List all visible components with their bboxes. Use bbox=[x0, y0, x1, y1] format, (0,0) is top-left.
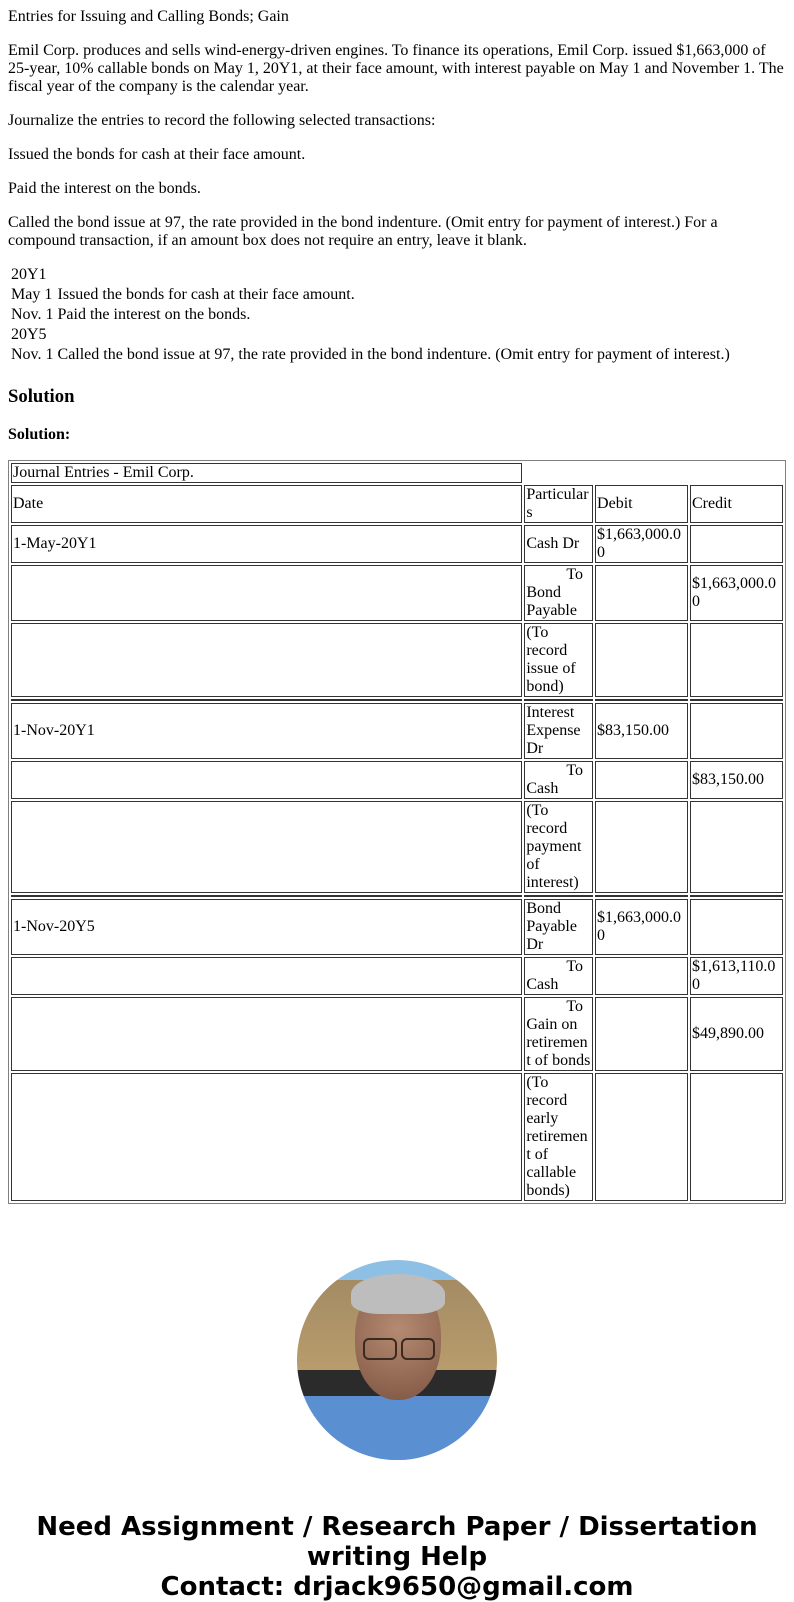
transaction-date: Nov. 1 bbox=[10, 346, 55, 364]
entry-account: Cash bbox=[526, 976, 591, 994]
entry-credit: $1,663,000.00 bbox=[690, 565, 783, 621]
journal-row: ToBond Payable$1,663,000.00 bbox=[11, 565, 783, 621]
journal-row: 1-Nov-20Y5Bond Payable Dr$1,663,000.00 bbox=[11, 899, 783, 955]
photo-shirt bbox=[297, 1400, 497, 1460]
entry-to-prefix: To bbox=[526, 566, 591, 584]
entry-credit bbox=[690, 899, 783, 955]
entry-to-prefix: To bbox=[526, 762, 591, 780]
entry-date bbox=[11, 1073, 522, 1201]
entry-particulars: Cash Dr bbox=[524, 525, 593, 563]
journal-row: 1-Nov-20Y1Interest Expense Dr$83,150.00 bbox=[11, 703, 783, 759]
entry-credit: $1,613,110.00 bbox=[690, 957, 783, 995]
transaction-spacer bbox=[57, 326, 731, 344]
entry-particulars: (To record early retirement of callable … bbox=[524, 1073, 593, 1201]
entry-credit bbox=[690, 525, 783, 563]
page: Entries for Issuing and Calling Bonds; G… bbox=[0, 0, 794, 1204]
entry-credit bbox=[690, 623, 783, 697]
entry-debit bbox=[595, 623, 688, 697]
entry-debit bbox=[595, 565, 688, 621]
journal-caption-row: Journal Entries - Emil Corp. bbox=[11, 463, 783, 483]
header-date: Date bbox=[11, 485, 522, 523]
problem-instruction: Journalize the entries to record the fol… bbox=[8, 112, 786, 130]
journal-row: ToGain on retirement of bonds$49,890.00 bbox=[11, 997, 783, 1071]
entry-date bbox=[11, 761, 522, 799]
group-separator bbox=[11, 699, 783, 701]
entry-particulars: ToCash bbox=[524, 761, 593, 799]
transaction-text: Paid the interest on the bonds. bbox=[57, 306, 731, 324]
entry-credit: $49,890.00 bbox=[690, 997, 783, 1071]
promo-banner: Need Assignment / Research Paper / Disse… bbox=[0, 1512, 794, 1602]
entry-date bbox=[11, 957, 522, 995]
entry-account: Bond Payable bbox=[526, 584, 591, 620]
solution-subheading: Solution: bbox=[8, 426, 786, 444]
journal-header-row: Date Particulars Debit Credit bbox=[11, 485, 783, 523]
journal-row: (To record payment of interest) bbox=[11, 801, 783, 893]
entry-date bbox=[11, 801, 522, 893]
transaction-text: Issued the bonds for cash at their face … bbox=[57, 286, 731, 304]
separator-cell bbox=[690, 699, 783, 701]
transaction-row: Nov. 1Called the bond issue at 97, the r… bbox=[10, 346, 731, 364]
entry-debit: $1,663,000.00 bbox=[595, 525, 688, 563]
entry-credit bbox=[690, 703, 783, 759]
group-separator bbox=[11, 895, 783, 897]
entry-to-prefix: To bbox=[526, 958, 591, 976]
entry-debit bbox=[595, 801, 688, 893]
transaction-date: Nov. 1 bbox=[10, 306, 55, 324]
transaction-year-row: 20Y5 bbox=[10, 326, 731, 344]
entry-particulars: Bond Payable Dr bbox=[524, 899, 593, 955]
entry-account: Gain on retirement of bonds bbox=[526, 1016, 591, 1070]
photo-glasses-left bbox=[363, 1338, 397, 1360]
transaction-row: Nov. 1Paid the interest on the bonds. bbox=[10, 306, 731, 324]
transactions-table: 20Y1May 1Issued the bonds for cash at th… bbox=[8, 264, 733, 366]
entry-date: 1-May-20Y1 bbox=[11, 525, 522, 563]
entry-particulars: (To record issue of bond) bbox=[524, 623, 593, 697]
problem-description: Emil Corp. produces and sells wind-energ… bbox=[8, 42, 786, 96]
promo-line-2: writing Help bbox=[0, 1542, 794, 1572]
entry-debit bbox=[595, 1073, 688, 1201]
transaction-text: Called the bond issue at 97, the rate pr… bbox=[57, 346, 731, 364]
entry-debit bbox=[595, 997, 688, 1071]
journal-table: Journal Entries - Emil Corp. Date Partic… bbox=[8, 460, 786, 1204]
header-debit: Debit bbox=[595, 485, 688, 523]
separator-cell bbox=[595, 699, 688, 701]
entry-date: 1-Nov-20Y1 bbox=[11, 703, 522, 759]
journal-row: ToCash$83,150.00 bbox=[11, 761, 783, 799]
author-photo-container bbox=[0, 1260, 794, 1462]
entry-credit bbox=[690, 1073, 783, 1201]
problem-title: Entries for Issuing and Calling Bonds; G… bbox=[8, 8, 786, 26]
entry-debit: $83,150.00 bbox=[595, 703, 688, 759]
entry-to-prefix: To bbox=[526, 998, 591, 1016]
photo-glasses-right bbox=[401, 1338, 435, 1360]
entry-debit: $1,663,000.00 bbox=[595, 899, 688, 955]
transaction-year: 20Y5 bbox=[10, 326, 55, 344]
caption-spacer bbox=[524, 463, 783, 483]
promo-line-1: Need Assignment / Research Paper / Disse… bbox=[0, 1512, 794, 1542]
entry-date bbox=[11, 623, 522, 697]
photo-hair bbox=[351, 1274, 445, 1314]
separator-cell bbox=[11, 895, 522, 897]
transaction-year: 20Y1 bbox=[10, 266, 55, 284]
journal-row: (To record issue of bond) bbox=[11, 623, 783, 697]
entry-particulars: ToBond Payable bbox=[524, 565, 593, 621]
entry-particulars: ToCash bbox=[524, 957, 593, 995]
transaction-spacer bbox=[57, 266, 731, 284]
separator-cell bbox=[11, 699, 522, 701]
problem-step: Called the bond issue at 97, the rate pr… bbox=[8, 214, 786, 250]
transaction-row: May 1Issued the bonds for cash at their … bbox=[10, 286, 731, 304]
problem-step: Paid the interest on the bonds. bbox=[8, 180, 786, 198]
entry-particulars: Interest Expense Dr bbox=[524, 703, 593, 759]
entry-particulars: ToGain on retirement of bonds bbox=[524, 997, 593, 1071]
separator-cell bbox=[690, 895, 783, 897]
transaction-date: May 1 bbox=[10, 286, 55, 304]
entry-date bbox=[11, 997, 522, 1071]
problem-step: Issued the bonds for cash at their face … bbox=[8, 146, 786, 164]
entry-date bbox=[11, 565, 522, 621]
journal-row: 1-May-20Y1Cash Dr$1,663,000.00 bbox=[11, 525, 783, 563]
entry-credit: $83,150.00 bbox=[690, 761, 783, 799]
separator-cell bbox=[595, 895, 688, 897]
header-particulars: Particulars bbox=[524, 485, 593, 523]
solution-heading: Solution bbox=[8, 386, 786, 408]
entry-account: Cash bbox=[526, 780, 591, 798]
entry-date: 1-Nov-20Y5 bbox=[11, 899, 522, 955]
journal-caption: Journal Entries - Emil Corp. bbox=[11, 463, 522, 483]
transaction-year-row: 20Y1 bbox=[10, 266, 731, 284]
journal-row: (To record early retirement of callable … bbox=[11, 1073, 783, 1201]
journal-row: ToCash$1,613,110.00 bbox=[11, 957, 783, 995]
promo-contact: Contact: drjack9650@gmail.com bbox=[0, 1572, 794, 1602]
author-photo bbox=[297, 1260, 497, 1460]
entry-debit bbox=[595, 761, 688, 799]
entry-debit bbox=[595, 957, 688, 995]
separator-cell bbox=[524, 699, 593, 701]
entry-credit bbox=[690, 801, 783, 893]
header-credit: Credit bbox=[690, 485, 783, 523]
entry-particulars: (To record payment of interest) bbox=[524, 801, 593, 893]
separator-cell bbox=[524, 895, 593, 897]
